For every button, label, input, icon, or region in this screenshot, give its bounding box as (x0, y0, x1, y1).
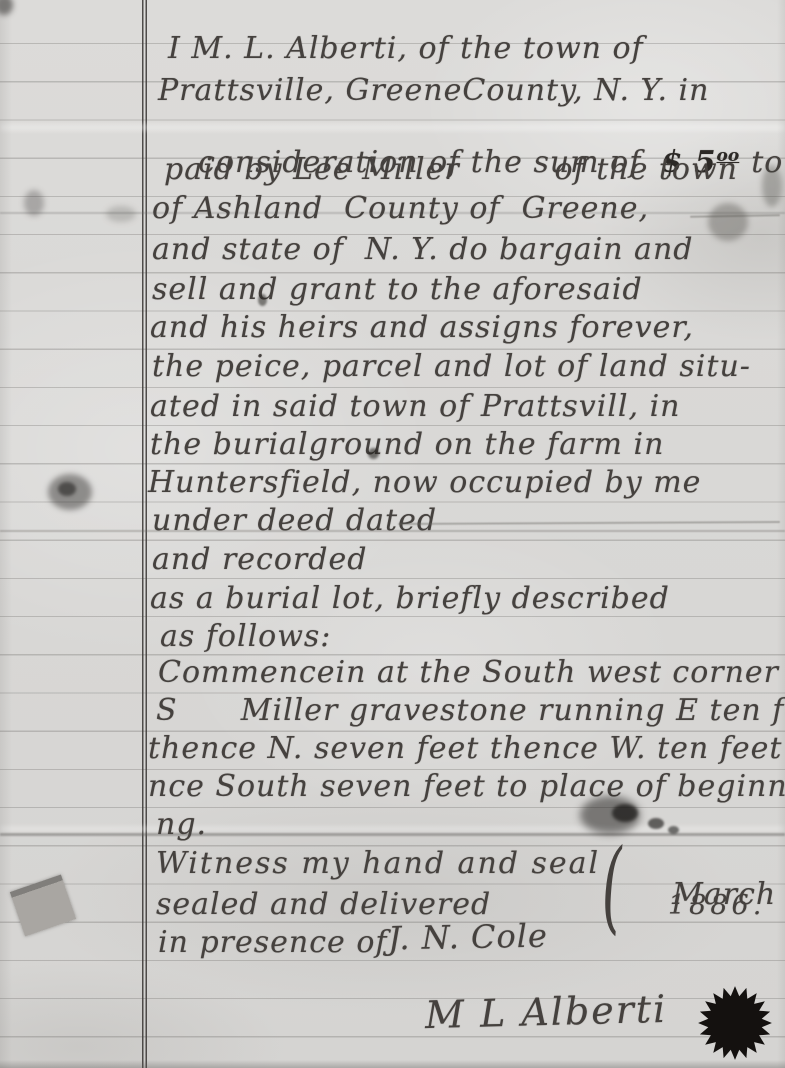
starburst-seal-icon (698, 986, 772, 1060)
deed-line-heirs: and his heirs and assigns forever, (150, 311, 694, 344)
deed-line-metes-3: ng. (156, 808, 207, 841)
deed-line-town: Prattsville, GreeneCounty, N. Y. in (158, 74, 709, 107)
deed-line-witness: Witness my hand and seal (156, 847, 600, 880)
margin-rule (141, 0, 149, 1068)
deed-line-grantee: paid by Lee Miller of the town (164, 153, 738, 186)
deed-line-as-follows: as follows: (160, 620, 331, 653)
deed-line-gravestone: S Miller gravestone running E ten feet, (156, 694, 785, 727)
deed-line-deed-dated: under deed dated (152, 504, 437, 537)
deed-line-metes-2: nce South seven feet to place of beginni (148, 770, 785, 803)
scanned-deed-page: I M. L. Alberti, of the town of Prattsvi… (0, 0, 785, 1068)
deed-line-recorded: and recorded (152, 543, 367, 576)
deed-line-burial-lot: as a burial lot, briefly described (150, 582, 670, 615)
deed-line-location-1: ated in said town of Prattsvill, in (150, 390, 681, 423)
deed-line-location-2: the burialground on the farm in (150, 428, 664, 461)
deed-year: 1886. (668, 891, 765, 921)
deed-line-grant: sell and grant to the aforesaid (152, 273, 643, 306)
deed-line-location-3: Huntersfield, now occupied by me (148, 466, 701, 499)
deed-line-grantor: I M. L. Alberti, of the town of (168, 32, 644, 65)
amount-suffix: to me (751, 145, 785, 180)
deed-line-county: of Ashland County of Greene, (152, 192, 649, 225)
deed-line-commencing: Commencein at the South west corner of (158, 656, 785, 689)
deed-line-sealed: sealed and delivered (156, 888, 491, 921)
notary-seal (688, 982, 782, 1064)
deed-line-presence: in presence of (158, 926, 387, 959)
grantor-signature: M L Alberti (424, 989, 667, 1037)
deed-line-state: and state of N. Y. do bargain and (152, 233, 693, 266)
deed-line-parcel: the peice, parcel and lot of land situ- (152, 350, 751, 383)
witness-signature: J. N. Cole (388, 919, 548, 957)
date-brace: ( (600, 840, 624, 934)
deed-line-metes-1: thence N. seven feet thence W. ten feet … (148, 732, 785, 765)
